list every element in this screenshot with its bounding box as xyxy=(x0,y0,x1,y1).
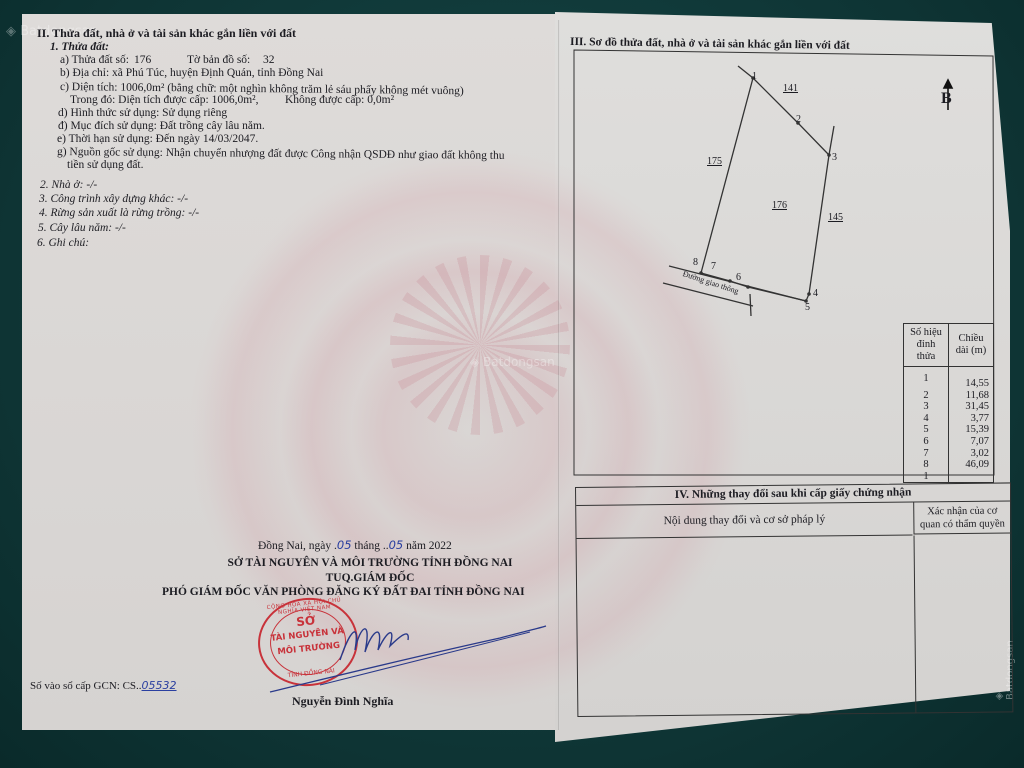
item-perennial-trees: 5. Cây lâu năm: -/- xyxy=(38,222,126,235)
section-ii-title: II. Thửa đất, nhà ở và tài sản khác gắn … xyxy=(37,27,296,40)
vertex-id: 3 xyxy=(904,401,949,413)
boundary-length-table: Số hiệu đỉnh thửa Chiều dài (m) 114,5521… xyxy=(903,323,994,483)
vertex-8: 8 xyxy=(693,256,698,269)
map-sheet-label: Tờ bản đồ số: xyxy=(187,54,250,67)
table-row: 67,07 xyxy=(904,436,994,448)
watermark-center: ◈ Batdongsan xyxy=(470,355,555,369)
vertex-id: 1 xyxy=(904,367,949,390)
vertex-1: 1 xyxy=(752,70,757,83)
authority-line: TUQ.GIÁM ĐỐC xyxy=(170,572,570,585)
date-month: 05 xyxy=(389,538,404,552)
parcel-number-label-map: 176 xyxy=(772,199,787,212)
date-day: 05 xyxy=(337,538,352,552)
confirmation-header-line1: Xác nhận của cơ xyxy=(914,504,1010,518)
neighbor-parcel-141: 141 xyxy=(783,82,798,95)
watermark-brand: Batdongsan xyxy=(483,355,555,369)
edge-length: 31,45 xyxy=(949,401,994,413)
vertex-id: 8 xyxy=(904,459,949,471)
parcel-address: b) Địa chỉ: xã Phú Túc, huyện Định Quán,… xyxy=(60,67,323,80)
table-row: 73,02 xyxy=(904,448,994,460)
edge-length: 3,77 xyxy=(949,413,994,425)
table-row: 515,39 xyxy=(904,424,994,436)
neighbor-parcel-175: 175 xyxy=(707,155,722,168)
vertex-5: 5 xyxy=(805,301,810,314)
vertex-id: 6 xyxy=(904,436,949,448)
vertex-id: 1 xyxy=(904,471,949,483)
table-row: 211,68 xyxy=(904,390,994,402)
table-row: 43,77 xyxy=(904,413,994,425)
vertex-4: 4 xyxy=(813,287,818,300)
edge-length: 46,09 xyxy=(949,459,994,471)
usage-term: e) Thời hạn sử dụng: Đến ngày 14/03/2047… xyxy=(57,133,258,146)
neighbor-parcel-145: 145 xyxy=(828,211,843,224)
edge-length xyxy=(949,471,994,483)
vertex-id: 2 xyxy=(904,390,949,402)
vertex-7: 7 xyxy=(711,260,716,273)
table-header-vertex: Số hiệu đỉnh thửa xyxy=(904,324,949,367)
date-year: năm 2022 xyxy=(406,540,452,552)
vertex-id: 4 xyxy=(904,413,949,425)
confirmation-header-line2: quan có thẩm quyền xyxy=(914,517,1010,531)
changes-column-divider xyxy=(914,535,917,712)
vertex-id: 7 xyxy=(904,448,949,460)
vertex-id: 5 xyxy=(904,424,949,436)
item-other-construction: 3. Công trình xây dựng khác: -/- xyxy=(39,193,188,206)
registry-label: Số vào sổ cấp GCN: CS.. xyxy=(30,680,142,692)
parcel-heading: 1. Thửa đất: xyxy=(50,41,109,54)
edge-length: 14,55 xyxy=(949,367,994,390)
date-month-label: tháng xyxy=(354,540,380,552)
usage-origin-line2: tiền sử dụng đất. xyxy=(67,159,144,172)
parcel-number-label: a) Thửa đất số: xyxy=(60,54,129,67)
signature-icon xyxy=(260,610,550,700)
changes-confirmation-header: Xác nhận của cơ quan có thẩm quyền xyxy=(913,501,1010,534)
changes-content-header: Nội dung thay đổi và cơ sở pháp lý xyxy=(576,502,912,539)
item-notes: 6. Ghi chú: xyxy=(37,237,89,250)
table-row: 331,45 xyxy=(904,401,994,413)
table-row: 1 xyxy=(904,471,994,483)
date-prefix: Đồng Nai, ngày xyxy=(258,540,331,552)
table-row: 114,55 xyxy=(904,367,994,390)
registry-value: 05532 xyxy=(142,679,177,692)
usage-purpose: đ) Mục đích sử dụng: Đất trồng cây lâu n… xyxy=(58,120,265,133)
issuing-agency: SỞ TÀI NGUYÊN VÀ MÔI TRƯỜNG TỈNH ĐỒNG NA… xyxy=(170,557,570,570)
edge-length: 3,02 xyxy=(949,448,994,460)
table-row: 846,09 xyxy=(904,459,994,471)
area-not-granted: Không được cấp: 0,0m² xyxy=(285,94,394,107)
edge-length: 7,07 xyxy=(949,436,994,448)
signing-place-date: Đồng Nai, ngày .05 tháng ..05 năm 2022 xyxy=(258,539,452,553)
registry-number: Số vào sổ cấp GCN: CS..05532 xyxy=(30,679,177,693)
area-granted: Trong đó: Diện tích được cấp: 1006,0m², xyxy=(70,94,258,107)
item-planted-forest: 4. Rừng sản xuất là rừng trồng: -/- xyxy=(39,207,199,220)
vertex-3: 3 xyxy=(832,151,837,164)
changes-after-issuance-table: IV. Những thay đổi sau khi cấp giấy chứn… xyxy=(575,482,1013,717)
edge-length: 15,39 xyxy=(949,424,994,436)
vertex-6: 6 xyxy=(736,271,741,284)
page-fold xyxy=(558,20,560,730)
edge-length: 11,68 xyxy=(949,390,994,402)
vertex-2: 2 xyxy=(796,113,801,126)
table-header-length: Chiều dài (m) xyxy=(949,324,994,367)
parcel-number-value: 176 xyxy=(134,54,151,67)
usage-form: d) Hình thức sử dụng: Sử dụng riêng xyxy=(58,107,227,120)
north-label: B xyxy=(941,92,952,105)
item-house: 2. Nhà ở: -/- xyxy=(40,179,97,192)
signer-name: Nguyễn Đình Nghĩa xyxy=(292,695,393,708)
map-sheet-value: 32 xyxy=(263,54,275,67)
